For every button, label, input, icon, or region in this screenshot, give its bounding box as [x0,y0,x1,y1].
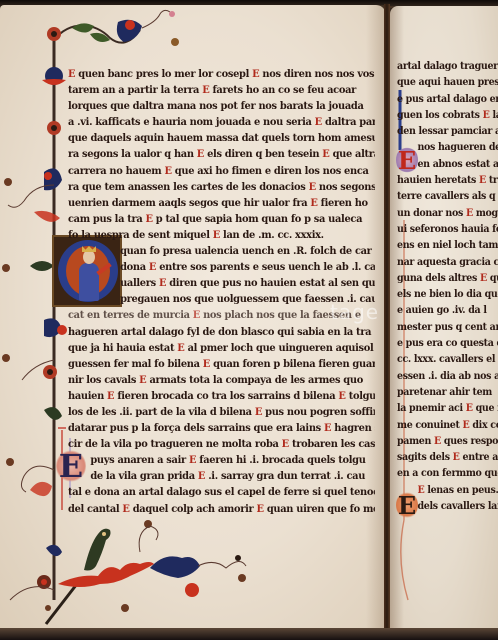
gold-bezant-icon [171,38,179,46]
text-line: uallers E diren que pus no hauien estat … [68,275,375,291]
text-line: puys anaren a sair E faeren hi .i. broca… [68,452,375,468]
text-line: cc. lxxx. cavallers el f [397,351,498,367]
text-line: hauien heretats E troba [397,172,498,188]
text-line: tarem an a partir la terra E farets ho a… [68,82,375,98]
text-line: mester pus q cent am te [397,319,498,335]
text-line: me conuinet E dix con [397,417,498,433]
text-line: guen los cobrats E laca [397,107,498,123]
text-line: terre cavallers als q is [397,188,498,204]
text-line: guna dels altres E que [397,270,498,286]
text-line: un donar nos E mogu [397,205,498,221]
text-line: sagits dels E entre aa [397,449,498,465]
text-line: pregauen nos que uolguessem que faessen … [68,291,375,307]
blue-leaf-icon [150,556,200,578]
text-line: nos hagueren de [397,139,498,155]
text-line: ui seferonos hauia feyt [397,221,498,237]
text-line: la pnemir aci E que no [397,400,498,416]
text-line: artal dalago tragueren [397,58,498,74]
text-line: datarar pus p la força dels sarrains que… [68,420,375,436]
text-line: hagueren artal dalago fyl de don blasco … [68,324,375,340]
text-line: ens en niel loch tam lo [397,237,498,253]
manuscript-photo: E E E E quen banc pres lo mer lor cosepl… [0,0,498,640]
text-line: dona E entre sos parents e seus uench le… [68,259,375,275]
text-line: essen .i. dia ab nos aqu [397,368,498,384]
text-line: carrera no hauem E que axi ho fimen e di… [68,163,375,179]
text-line: hauien E fieren brocada co tra los sarra… [68,388,375,404]
text-line: pamen E ques respon d [397,433,498,449]
text-line: lorques que daltra mana nos pot fer nos … [68,98,375,114]
text-line: E lenas en peus. E [397,482,498,498]
text-line: paretenar ahir tem [397,384,498,400]
text-line: den lessar pamciar ala [397,123,498,139]
text-line: uenrien darmem aaqls segos que hir ualor… [68,195,375,211]
right-page-text: artal dalago tragueren que aqui hauen pr… [397,58,498,514]
text-line: e pus era co questa qu [397,335,498,351]
text-line: que ja hi hauia estat E al pmer loch que… [68,340,375,356]
text-line: ra segons la ualor q han E els diren q b… [68,146,375,162]
text-line: nir los cavals E armats tota la compaya … [68,372,375,388]
text-line: en abnos estat a [397,156,498,172]
bird-icon [84,529,111,571]
text-line: los de les .ii. part de la vila d bilena… [68,404,375,420]
red-acanthus-icon [58,562,154,587]
text-line: que daquels aquin hauem massa dat quels … [68,130,375,146]
text-line: tal e dona an artal dalago sus el capel … [68,484,375,500]
text-line: cam pus la tra E p tal que sapia hom qua… [68,211,375,227]
text-line: cir de la vila po tragueren ne molta rob… [68,436,375,452]
text-line: nar aquesta gracia ca [397,254,498,270]
text-line: fo la uespra de sent miquel E lan de .m.… [68,227,375,243]
text-line: cat en terres de murcia E nos plach nos … [68,307,375,323]
text-line: del cantal E daquel colp ach amorir E qu… [68,501,375,517]
text-line: de la vila gran prida E .i. sarray gra d… [68,468,375,484]
text-line: en a con fermmo que [397,465,498,481]
text-line: e pus artal dalago era m [397,91,498,107]
text-line: E quen banc pres lo mer lor cosepl E nos… [68,66,375,82]
text-line: guessen fer mal fo bilena E quan foren p… [68,356,375,372]
left-page-text: E quen banc pres lo mer lor cosepl E nos… [68,66,375,517]
text-line: a .vi. kafficats e hauria nom jouada e n… [68,114,375,130]
text-line: ra que tem anassen les cartes de les don… [68,179,375,195]
text-line: que aqui hauen pres e [397,74,498,90]
text-line: els ne bien lo dia que n [397,286,498,302]
watermark-text: tage [330,300,379,324]
bottom-shadow [0,628,498,640]
text-line: e auien go .iv. da l [397,302,498,318]
text-line: dels cavallers lan [397,498,498,514]
text-line: quan fo presa ualencia uench en .R. folc… [68,243,375,259]
